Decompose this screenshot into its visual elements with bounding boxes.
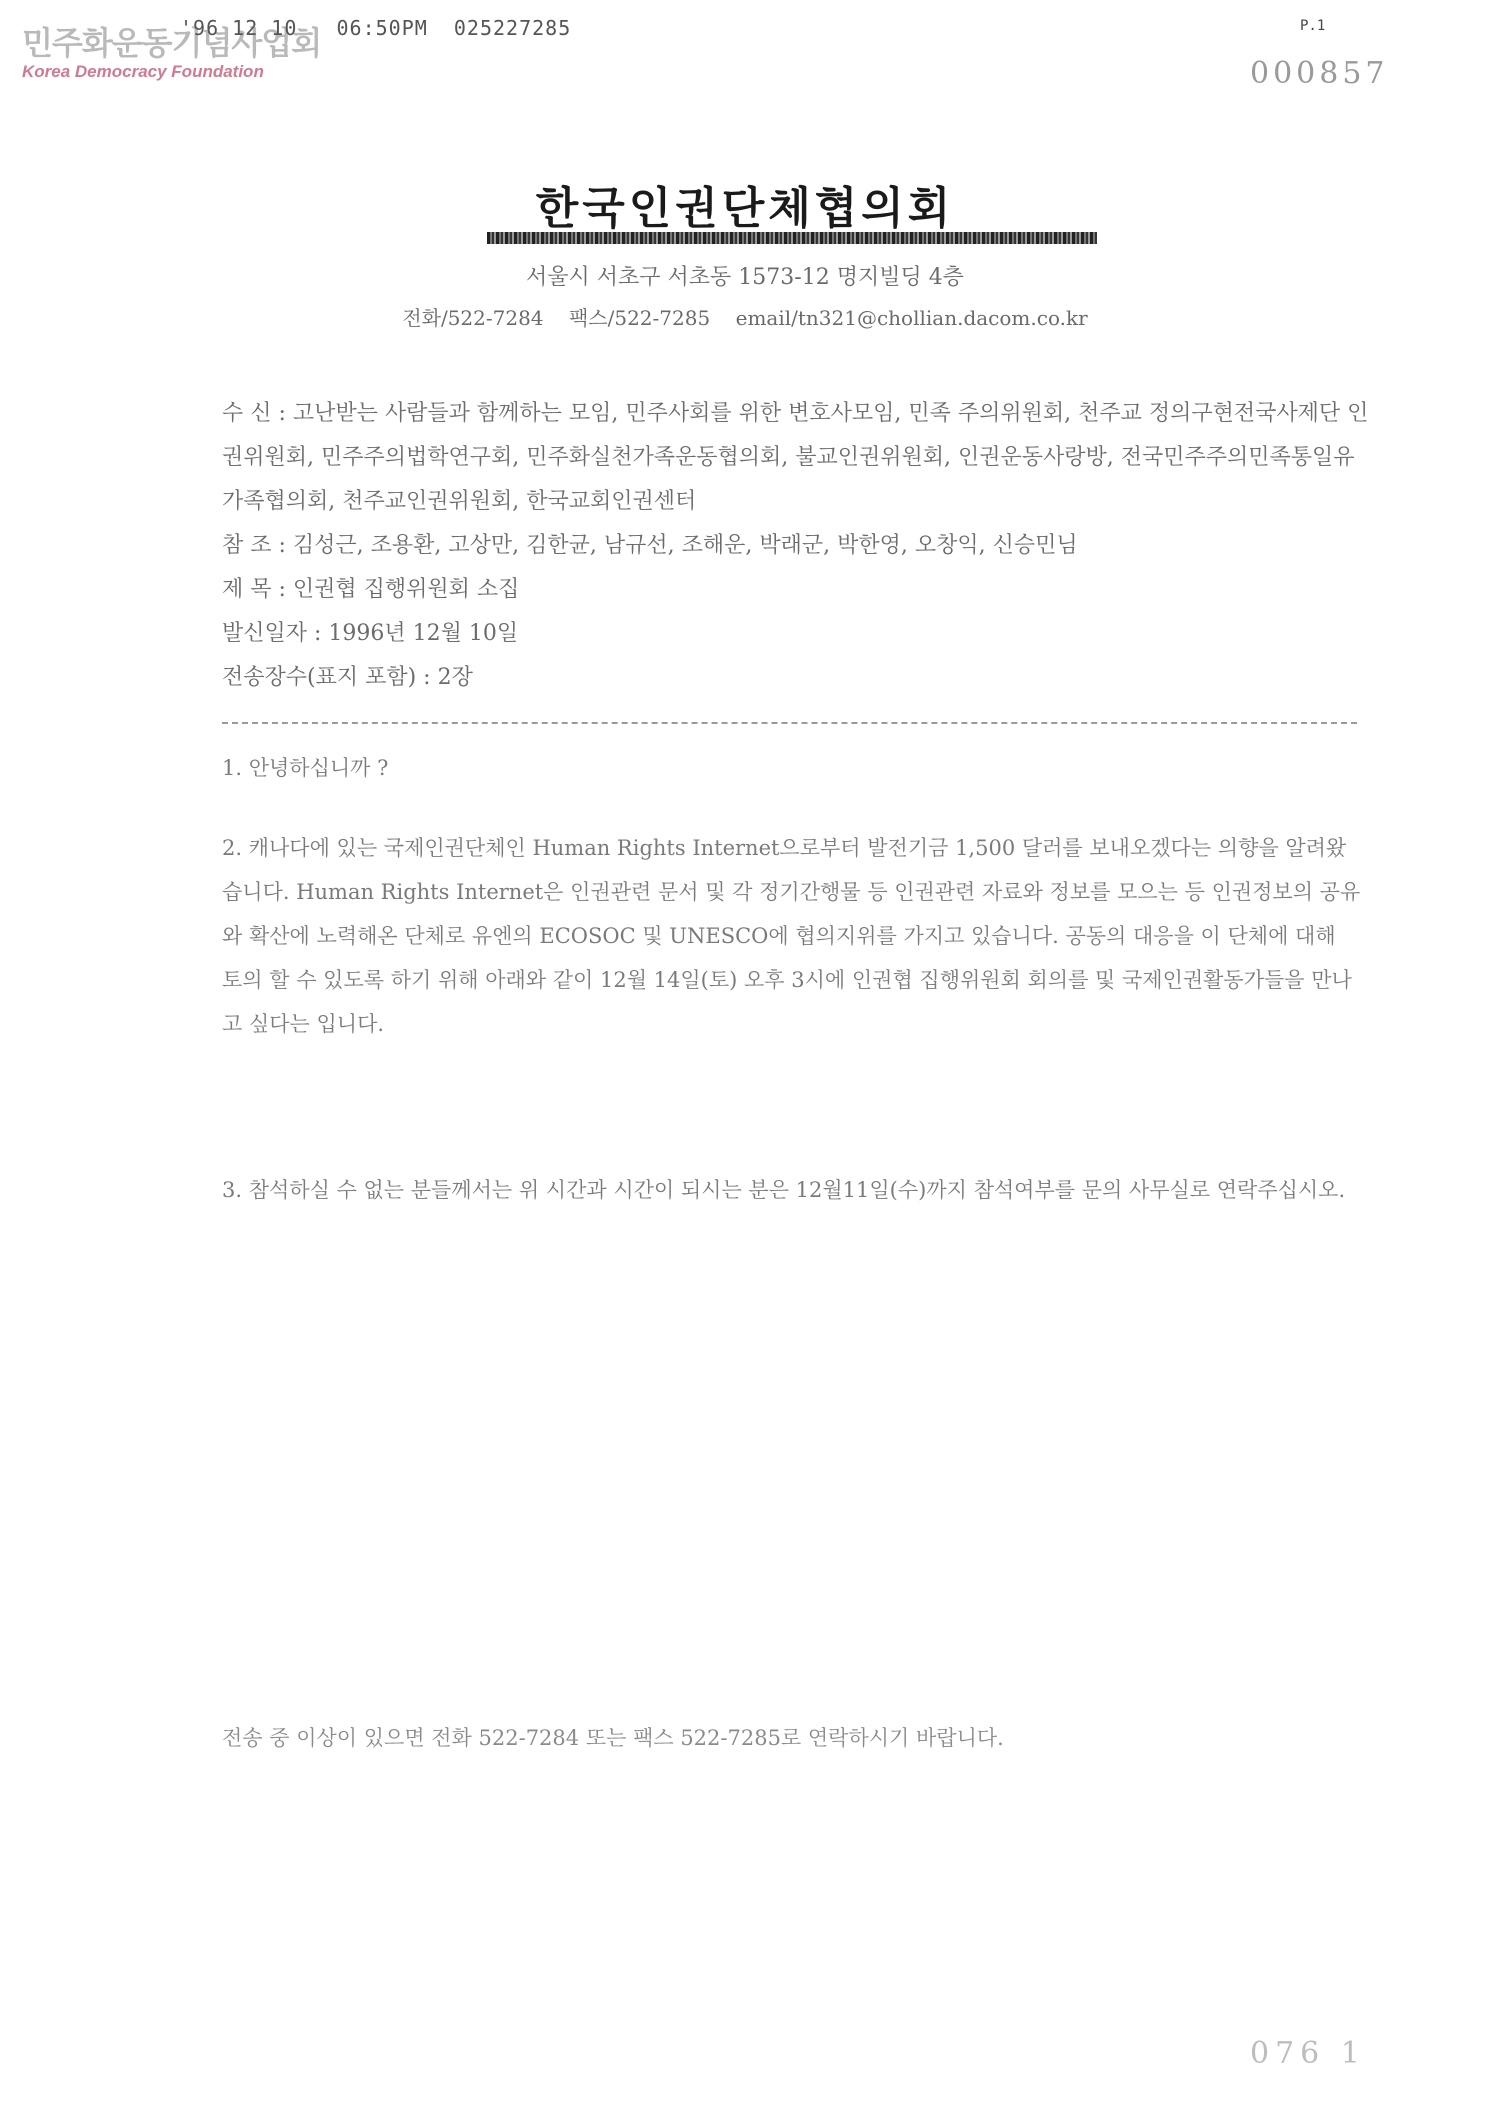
watermark-english: Korea Democracy Foundation bbox=[22, 62, 264, 82]
send-date-value: 1996년 12월 10일 bbox=[328, 621, 518, 646]
recipient-value: 고난받는 사람들과 함께하는 모임, 민주사회를 위한 변호사모임, 민족 주의… bbox=[222, 401, 1368, 514]
page-count-value: 2장 bbox=[438, 665, 473, 690]
paragraph-2: 2. 캐나다에 있는 국제인권단체인 Human Rights Internet… bbox=[222, 826, 1362, 1046]
memo-header: 수 신 : 고난받는 사람들과 함께하는 모임, 민주사회를 위한 변호사모임,… bbox=[222, 392, 1372, 700]
bottom-page-stamp: 076 1 bbox=[1250, 2036, 1366, 2071]
fax-header-line: '96 12 10 06:50PM 025227285 bbox=[180, 16, 571, 40]
send-date-label: 발신일자 : bbox=[222, 612, 321, 656]
page-count-field: 전송장수(표지 포함) : 2장 bbox=[222, 656, 1372, 700]
organization-title: 한국인권단체협의회 bbox=[0, 172, 1490, 236]
cc-label: 참 조 : bbox=[222, 524, 286, 568]
subject-label: 제 목 : bbox=[222, 568, 286, 612]
email: email/tn321@chollian.dacom.co.kr bbox=[736, 306, 1088, 330]
cc-field: 참 조 : 김성근, 조용환, 고상만, 김한균, 남규선, 조해운, 박래군,… bbox=[222, 524, 1372, 568]
recipient-label: 수 신 : bbox=[222, 392, 286, 436]
title-underline-bar bbox=[487, 232, 1097, 244]
subject-field: 제 목 : 인권협 집행위원회 소집 bbox=[222, 568, 1372, 612]
paragraph-3: 3. 참석하실 수 없는 분들께서는 위 시간과 시간이 되시는 분은 12월1… bbox=[222, 1168, 1362, 1212]
recipient-field: 수 신 : 고난받는 사람들과 함께하는 모임, 민주사회를 위한 변호사모임,… bbox=[222, 392, 1372, 524]
cc-value: 김성근, 조용환, 고상만, 김한균, 남규선, 조해운, 박래군, 박한영, … bbox=[293, 533, 1078, 558]
organization-address: 서울시 서초구 서초동 1573-12 명지빌딩 4층 bbox=[0, 260, 1490, 291]
fax-page-number: P.1 bbox=[1300, 18, 1325, 34]
paragraph-1: 1. 안녕하십니까 ? bbox=[222, 746, 1362, 790]
page-count-label: 전송장수(표지 포함) : bbox=[222, 656, 431, 700]
organization-contact: 전화/522-7284 팩스/522-7285 email/tn321@chol… bbox=[0, 302, 1490, 331]
subject-value: 인권협 집행위원회 소집 bbox=[293, 577, 520, 602]
section-divider bbox=[222, 722, 1357, 724]
phone: 전화/522-7284 bbox=[402, 306, 543, 330]
transmission-note: 전송 중 이상이 있으면 전화 522-7284 또는 팩스 522-7285로… bbox=[222, 1722, 1322, 1752]
fax: 팩스/522-7285 bbox=[569, 306, 710, 330]
fax-date: '96 12 10 bbox=[180, 16, 297, 40]
fax-time: 06:50PM bbox=[337, 16, 428, 40]
document-number-stamp: 000857 bbox=[1250, 56, 1389, 91]
send-date-field: 발신일자 : 1996년 12월 10일 bbox=[222, 612, 1372, 656]
fax-number: 025227285 bbox=[454, 16, 571, 40]
